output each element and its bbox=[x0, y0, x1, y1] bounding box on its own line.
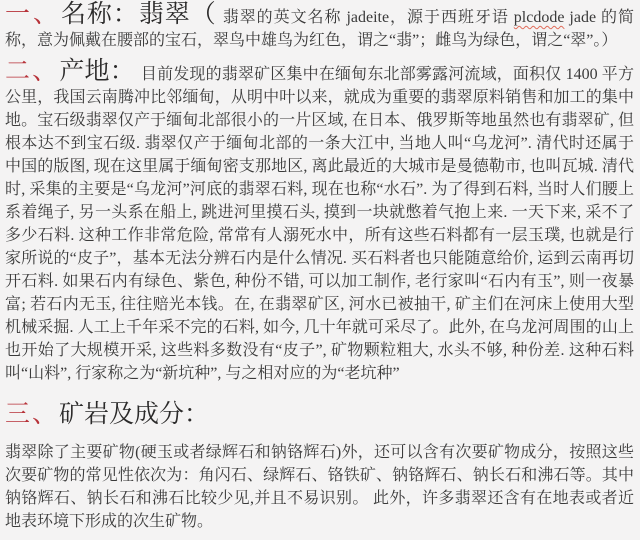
section-name: 一、名称：翡翠（翡翠的英文名称 jadeite，源于西班牙语 plcdode j… bbox=[5, 3, 634, 52]
section-origin-text: 目前发现的翡翠矿区集中在缅甸东北部雾露河流域，面积仅 1400 平方公里，我国云… bbox=[5, 66, 634, 382]
document-page: 一、名称：翡翠（翡翠的英文名称 jadeite，源于西班牙语 plcdode j… bbox=[0, 0, 640, 540]
section-composition-number: 三、 bbox=[5, 401, 59, 428]
section-origin: 二、产地：目前发现的翡翠矿区集中在缅甸东北部雾露河流域，面积仅 1400 平方公… bbox=[5, 60, 634, 385]
section-name-misspelled-word: plcdode bbox=[514, 9, 565, 26]
section-composition-heading: 三、矿岩及成分： bbox=[5, 399, 634, 434]
section-composition-text: 翡翠除了主要矿物(硬玉或者绿辉石和钠铬辉石)外，还可以含有次要矿物成分，按照这些… bbox=[5, 441, 634, 533]
section-origin-title: 产地： bbox=[59, 58, 135, 85]
section-name-text-intro: 翡翠的英文名称 jadeite，源于西班牙语 bbox=[223, 9, 514, 26]
section-name-title: 名称：翡翠（ bbox=[61, 1, 217, 28]
section-origin-number: 二、 bbox=[5, 58, 59, 85]
section-composition-title: 矿岩及成分： bbox=[59, 401, 209, 428]
section-name-number: 一、 bbox=[5, 1, 61, 28]
